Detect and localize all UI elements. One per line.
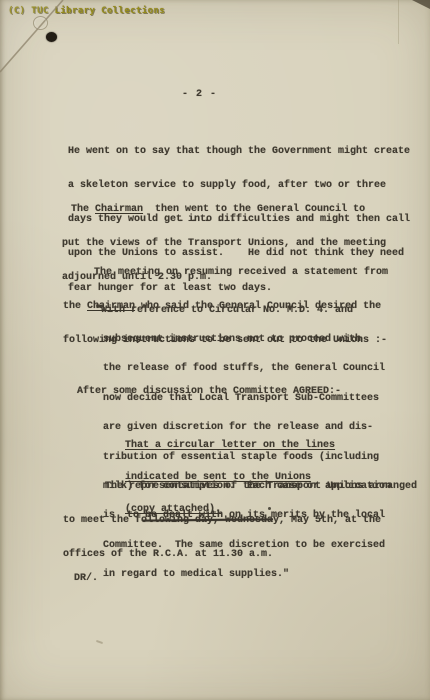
- text-line: He went on to say that though the Govern…: [68, 146, 410, 157]
- paper-crease: [398, 0, 399, 44]
- text-line: The representatives of the Transport Uni…: [63, 481, 417, 492]
- paper-smudge: [96, 640, 103, 644]
- text-line: "With reference to Circular No. M.D. 4. …: [95, 306, 391, 316]
- text-segment: The: [71, 204, 95, 215]
- text-line: The Chairman then went to the General Co…: [62, 204, 386, 215]
- text-line: subsequent instructions not to proceed w…: [95, 335, 391, 345]
- embossed-ring-mark: [33, 16, 48, 30]
- text-line: the release of food stuffs, the General …: [95, 364, 391, 374]
- page-number: - 2 -: [182, 89, 217, 100]
- text-line: offices of the R.C.A. at 11.30 a.m.: [63, 549, 417, 560]
- corner-fold: [0, 0, 80, 90]
- committee-agreed-line: After some discussion the Committee AGRE…: [77, 386, 341, 397]
- text-line: The meeting on resuming received a state…: [63, 267, 388, 278]
- ink-speck: [268, 507, 271, 510]
- scanned-page: (C) TUC Library Collections - 2 - He wen…: [0, 0, 430, 700]
- underlined-text-line: That a circular letter on the lines: [125, 441, 335, 452]
- text-segment: then went to the General Council to: [143, 204, 365, 215]
- ink-speck: [207, 455, 209, 457]
- top-right-corner-shadow: [410, 0, 430, 10]
- text-segment: the: [63, 301, 87, 312]
- underlined-word-chairman: Chairman: [95, 204, 143, 215]
- dash-divider: - - - - - -: [178, 216, 250, 227]
- typist-reference: DR/.: [74, 573, 98, 584]
- hole-punch-dot: [46, 32, 57, 42]
